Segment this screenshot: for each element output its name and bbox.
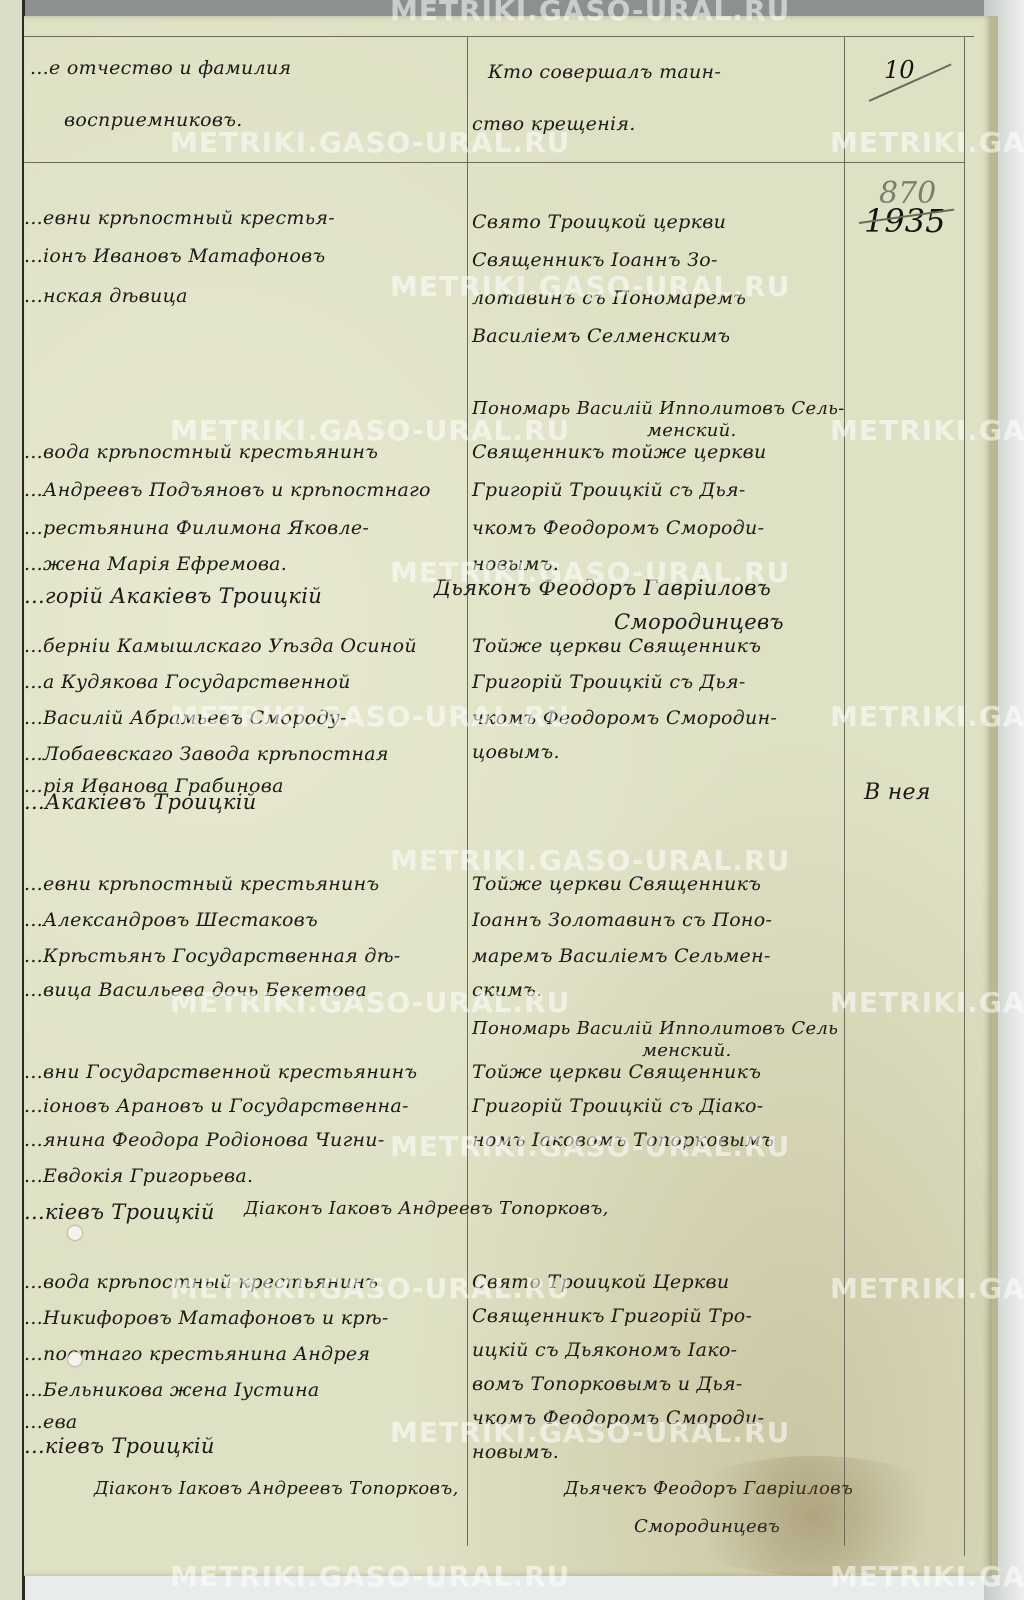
watermark: METRIKI.GASO-URAL.RU	[390, 270, 790, 303]
page-number-crossed: 10	[884, 56, 915, 84]
page-margin-rule	[964, 36, 965, 1556]
text-line: ...Евдокія Григорьева.	[24, 1160, 253, 1193]
text-line: Тойже церкви Священникъ	[472, 630, 761, 663]
watermark: METRIKI.GASO-URAL.RU	[830, 1272, 1024, 1305]
text-line: Свято Троицкой церкви	[472, 206, 726, 239]
entry-3-godparent-signature: ...Акакіевъ Троицкій	[24, 786, 257, 819]
text-line: ...а Кудякова Государственной	[24, 666, 351, 699]
watermark: METRIKI.GASO-URAL.RU	[830, 700, 1024, 733]
text-line: Григорій Троицкій съ Дья-	[472, 474, 746, 507]
header-godparents-line-1: ...е отчество и фамилия	[30, 52, 291, 85]
entry-5-deacon-signature: Діаконъ Іаковъ Андреевъ Топорковъ,	[244, 1192, 609, 1225]
text-line: маремъ Василіемъ Сельмен-	[472, 940, 771, 973]
watermark: METRIKI.GASO-URAL.RU	[170, 1272, 570, 1305]
text-line: Тойже церкви Священникъ	[472, 1056, 761, 1089]
text-line: Григорій Троицкій съ Дья-	[472, 666, 746, 699]
watermark: METRIKI.GASO-URAL.RU	[170, 986, 570, 1019]
text-line: цовымъ.	[472, 736, 560, 769]
text-line: ...Крѣстьянъ Государственная дѣ-	[24, 940, 401, 973]
register-page: ...е отчество и фамилия восприемниковъ. …	[24, 16, 998, 1576]
text-line: ...Бельникова жена Іустина	[24, 1374, 320, 1407]
binding-hole	[68, 1226, 82, 1240]
watermark: METRIKI.GASO-URAL.RU	[830, 126, 1024, 159]
text-line: Григорій Троицкій съ Діако-	[472, 1090, 764, 1123]
entry-6-deacon-signature: Діаконъ Іаковъ Андреевъ Топорковъ,	[94, 1472, 459, 1505]
watermark: METRIKI.GASO-URAL.RU	[170, 414, 570, 447]
text-line: ицкій съ Дьякономъ Іако-	[472, 1334, 737, 1367]
text-line: ...іоновъ Арановъ и Государственна-	[24, 1090, 409, 1123]
watermark: METRIKI.GASO-URAL.RU	[390, 1130, 790, 1163]
text-line: ...рестьянина Филимона Яковле-	[24, 512, 369, 545]
text-line: ...Никифоровъ Матафоновъ и крѣ-	[24, 1302, 389, 1335]
text-line: ...Андреевъ Подъяновъ и крѣпостнаго	[24, 474, 431, 507]
text-line: чкомъ Феодоромъ Смороди-	[472, 512, 764, 545]
text-line: ...евни крѣпостный крестьянинъ	[24, 868, 379, 901]
watermark: METRIKI.GASO-URAL.RU	[390, 556, 790, 589]
watermark: METRIKI.GASO-URAL.RU	[830, 1560, 1024, 1593]
entry-2-godparent-signature: ...горій Акакіевъ Троицкій	[24, 580, 322, 613]
text-line: ...іонъ Ивановъ Матафоновъ	[24, 240, 325, 273]
column-divider-1	[467, 36, 468, 1546]
text-line: ...янина Феодора Родіонова Чигни-	[24, 1124, 385, 1157]
text-line: вомъ Топорковымъ и Дья-	[472, 1368, 743, 1401]
watermark: METRIKI.GASO-URAL.RU	[390, 0, 790, 27]
watermark: METRIKI.GASO-URAL.RU	[170, 1560, 570, 1593]
text-line: ...берніи Камышлскаго Уѣзда Осиной	[24, 630, 417, 663]
text-line: ...Александровъ Шестаковъ	[24, 904, 318, 937]
text-line: ...жена Марія Ефремова.	[24, 548, 287, 581]
top-rule	[24, 36, 974, 37]
binding-hole	[68, 1352, 82, 1366]
text-line: ...евни крѣпостный крестья-	[24, 202, 335, 235]
facing-page-edge	[0, 0, 25, 1600]
header-officiant-line-1: Кто совершалъ таин-	[488, 56, 721, 89]
watermark: METRIKI.GASO-URAL.RU	[830, 414, 1024, 447]
text-line: ...вни Государственной крестьянинъ	[24, 1056, 417, 1089]
entry-5-godparent-signature: ...кіевъ Троицкій	[24, 1196, 215, 1229]
watermark: METRIKI.GASO-URAL.RU	[170, 126, 570, 159]
watermark: METRIKI.GASO-URAL.RU	[390, 844, 790, 877]
text-line: Василіемъ Селменскимъ	[472, 320, 730, 353]
watermark: METRIKI.GASO-URAL.RU	[390, 1416, 790, 1449]
watermark: METRIKI.GASO-URAL.RU	[830, 986, 1024, 1019]
text-line: Іоаннъ Золотавинъ съ Поно-	[472, 904, 772, 937]
header-bottom-rule	[24, 162, 964, 163]
watermark: METRIKI.GASO-URAL.RU	[170, 700, 570, 733]
text-line: ...Лобаевскаго Завода крѣпостная	[24, 738, 389, 771]
entry-6-godparent-signature: ...кіевъ Троицкій	[24, 1430, 215, 1463]
entry-3-margin-note: В нея	[864, 776, 931, 809]
column-divider-2	[844, 36, 845, 1546]
water-stain	[664, 1456, 964, 1576]
text-line: ...нская дѣвица	[24, 280, 188, 313]
